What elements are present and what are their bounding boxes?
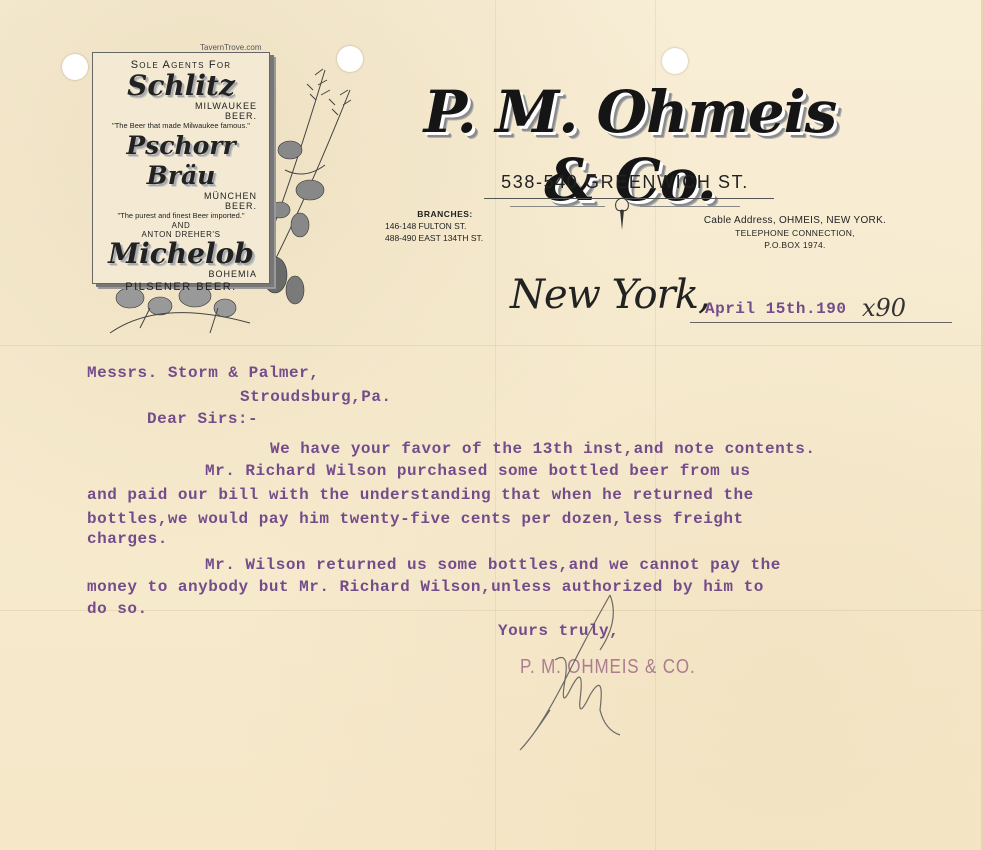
body-line: charges. bbox=[87, 530, 168, 548]
handwritten-signature bbox=[510, 590, 660, 760]
punch-hole bbox=[62, 54, 88, 80]
michelob-sub1: BOHEMIA bbox=[93, 269, 269, 279]
punch-hole bbox=[662, 48, 688, 74]
michelob-logo: Michelob bbox=[93, 239, 269, 269]
salutation: Dear Sirs:- bbox=[147, 410, 258, 428]
pschorr-tagline: "The purest and finest Beer imported." bbox=[93, 211, 269, 221]
handwritten-year: x90 bbox=[862, 294, 906, 322]
branch-address: 146-148 FULTON ST. bbox=[385, 220, 555, 232]
date-underline bbox=[690, 322, 952, 323]
header-rule-left bbox=[510, 206, 605, 207]
contact-block: Cable Address, OHMEIS, NEW YORK. TELEPHO… bbox=[660, 215, 930, 251]
beer-advertisement-box: Sole Agents For Schlitz MILWAUKEE BEER. … bbox=[92, 52, 270, 284]
header-rule-right bbox=[640, 206, 740, 207]
schlitz-logo: Schlitz bbox=[93, 71, 269, 101]
pschorr-brau-logo: Pschorr Bräu bbox=[93, 131, 269, 191]
city-script: New York, bbox=[510, 272, 710, 318]
body-line: and paid our bill with the understanding… bbox=[87, 486, 754, 504]
body-line: Mr. Wilson returned us some bottles,and … bbox=[205, 556, 781, 574]
cable-address: Cable Address, OHMEIS, NEW YORK. bbox=[660, 215, 930, 227]
hops-wheat-illustration bbox=[255, 50, 365, 340]
branch-address: 488-490 EAST 134TH ST. bbox=[385, 232, 555, 244]
body-line: money to anybody but Mr. Richard Wilson,… bbox=[87, 578, 764, 596]
body-line: do so. bbox=[87, 600, 148, 618]
schlitz-tagline: "The Beer that made Milwaukee famous." bbox=[93, 121, 269, 131]
recipient-city: Stroudsburg,Pa. bbox=[240, 388, 392, 406]
street-address: 538-540 GREENWICH ST. bbox=[470, 172, 780, 193]
body-line: We have your favor of the 13th inst,and … bbox=[270, 440, 815, 458]
schlitz-sub1: MILWAUKEE bbox=[93, 101, 269, 111]
body-line: Mr. Richard Wilson purchased some bottle… bbox=[205, 462, 750, 480]
watermark: TavernTrove.com bbox=[200, 43, 262, 52]
pschorr-sub2: BEER. bbox=[93, 201, 269, 211]
ornament-icon bbox=[610, 196, 634, 232]
po-box: P.O.BOX 1974. bbox=[660, 239, 930, 251]
body-line: bottles,we would pay him twenty-five cen… bbox=[87, 510, 744, 528]
schlitz-sub2: BEER. bbox=[93, 111, 269, 121]
pschorr-sub1: MÜNCHEN bbox=[93, 191, 269, 201]
pilsener-beer-label: PILSENER BEER. bbox=[93, 281, 269, 293]
branches-block: BRANCHES: 146-148 FULTON ST. 488-490 EAS… bbox=[385, 208, 555, 244]
company-name: P. M. Ohmeis & Co. bbox=[390, 78, 870, 214]
typed-date: April 15th.190 bbox=[705, 300, 846, 318]
branches-label: BRANCHES: bbox=[385, 208, 505, 220]
and-label: AND bbox=[93, 221, 269, 230]
recipient-line: Messrs. Storm & Palmer, bbox=[87, 364, 319, 382]
telephone-label: TELEPHONE CONNECTION, bbox=[660, 227, 930, 239]
paper-fold bbox=[0, 345, 983, 346]
